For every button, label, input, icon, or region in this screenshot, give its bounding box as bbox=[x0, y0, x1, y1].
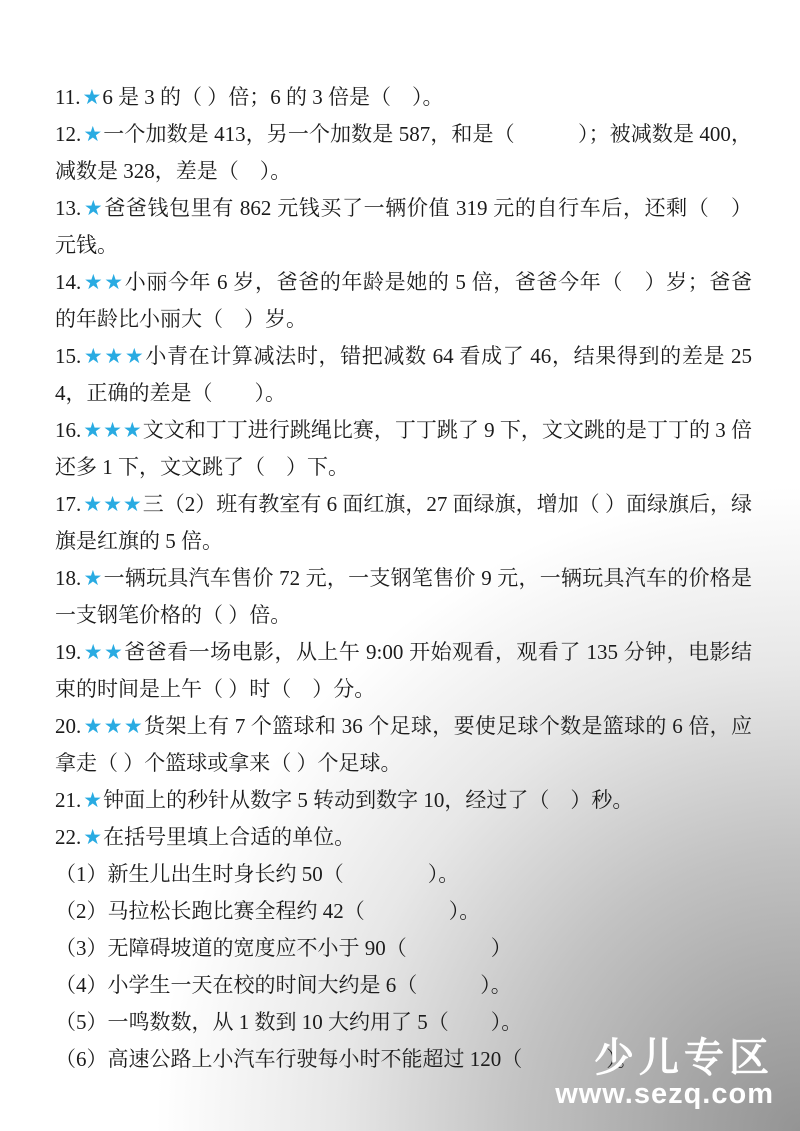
star-rating: ★ bbox=[83, 788, 103, 812]
question-12: 12.★一个加数是 413，另一个加数是 587，和是（ ）；被减数是 400，… bbox=[55, 116, 752, 190]
star-rating: ★★ bbox=[83, 270, 124, 294]
question-text: 文文和丁丁进行跳绳比赛，丁丁跳了 9 下，文文跳的是丁丁的 3 倍还多 1 下，… bbox=[55, 418, 752, 479]
question-22-part-1: （1）新生儿出生时身长约 50（ ）。 bbox=[55, 856, 752, 893]
worksheet-content: 11.★6 是 3 的（ ）倍；6 的 3 倍是（ ）。 12.★一个加数是 4… bbox=[55, 79, 752, 1078]
watermark-url: www.sezq.com bbox=[555, 1079, 774, 1111]
question-number: 14. bbox=[55, 270, 81, 294]
question-number: 18. bbox=[55, 566, 81, 590]
question-number: 22. bbox=[55, 825, 81, 849]
question-text: 钟面上的秒针从数字 5 转动到数字 10，经过了（ ）秒。 bbox=[103, 788, 633, 812]
star-rating: ★ bbox=[83, 196, 104, 220]
question-20: 20.★★★货架上有 7 个篮球和 36 个足球，要使足球个数是篮球的 6 倍，… bbox=[55, 708, 752, 782]
question-17: 17.★★★三（2）班有教室有 6 面红旗，27 面绿旗，增加（ ）面绿旗后，绿… bbox=[55, 486, 752, 560]
question-number: 11. bbox=[55, 85, 80, 109]
worksheet-page: 11.★6 是 3 的（ ）倍；6 的 3 倍是（ ）。 12.★一个加数是 4… bbox=[0, 0, 800, 1131]
star-rating: ★★★ bbox=[83, 492, 143, 516]
question-19: 19.★★爸爸看一场电影，从上午 9:00 开始观看，观看了 135 分钟，电影… bbox=[55, 634, 752, 708]
star-rating: ★★★ bbox=[83, 714, 144, 738]
question-text: 小丽今年 6 岁，爸爸的年龄是她的 5 倍，爸爸今年（ ）岁；爸爸的年龄比小丽大… bbox=[55, 270, 752, 331]
question-text: 三（2）班有教室有 6 面红旗，27 面绿旗，增加（ ）面绿旗后，绿旗是红旗的 … bbox=[55, 492, 752, 553]
star-rating: ★ bbox=[83, 825, 103, 849]
question-21: 21.★钟面上的秒针从数字 5 转动到数字 10，经过了（ ）秒。 bbox=[55, 782, 752, 819]
question-text: 爸爸钱包里有 862 元钱买了一辆价值 319 元的自行车后，还剩（ ）元钱。 bbox=[55, 196, 752, 257]
question-22-part-4: （4）小学生一天在校的时间大约是 6（ ）。 bbox=[55, 967, 752, 1004]
question-text: 在括号里填上合适的单位。 bbox=[103, 825, 355, 849]
star-rating: ★★★ bbox=[83, 418, 143, 442]
star-rating: ★ bbox=[83, 122, 103, 146]
question-11: 11.★6 是 3 的（ ）倍；6 的 3 倍是（ ）。 bbox=[55, 79, 752, 116]
question-18: 18.★一辆玩具汽车售价 72 元，一支钢笔售价 9 元，一辆玩具汽车的价格是一… bbox=[55, 560, 752, 634]
question-text: 爸爸看一场电影，从上午 9:00 开始观看，观看了 135 分钟，电影结束的时间… bbox=[55, 640, 752, 701]
question-14: 14.★★小丽今年 6 岁，爸爸的年龄是她的 5 倍，爸爸今年（ ）岁；爸爸的年… bbox=[55, 264, 752, 338]
question-number: 16. bbox=[55, 418, 81, 442]
question-number: 12. bbox=[55, 122, 81, 146]
star-rating: ★★★ bbox=[83, 344, 145, 368]
question-number: 15. bbox=[55, 344, 81, 368]
question-number: 21. bbox=[55, 788, 81, 812]
question-text: 6 是 3 的（ ）倍；6 的 3 倍是（ ）。 bbox=[102, 85, 443, 109]
question-13: 13.★爸爸钱包里有 862 元钱买了一辆价值 319 元的自行车后，还剩（ ）… bbox=[55, 190, 752, 264]
star-rating: ★★ bbox=[83, 640, 124, 664]
question-text: 小青在计算减法时，错把减数 64 看成了 46，结果得到的差是 254，正确的差… bbox=[55, 344, 752, 405]
question-text: 货架上有 7 个篮球和 36 个足球，要使足球个数是篮球的 6 倍，应拿走（ ）… bbox=[55, 714, 752, 775]
watermark: 少儿专区 www.sezq.com bbox=[555, 1037, 774, 1111]
question-22-part-2: （2）马拉松长跑比赛全程约 42（ ）。 bbox=[55, 893, 752, 930]
question-text: 一辆玩具汽车售价 72 元，一支钢笔售价 9 元，一辆玩具汽车的价格是一支钢笔价… bbox=[55, 566, 752, 627]
question-22-part-3: （3）无障碍坡道的宽度应不小于 90（ ） bbox=[55, 930, 752, 967]
question-text: 一个加数是 413，另一个加数是 587，和是（ ）；被减数是 400，减数是 … bbox=[55, 122, 752, 183]
star-rating: ★ bbox=[82, 85, 102, 109]
question-16: 16.★★★文文和丁丁进行跳绳比赛，丁丁跳了 9 下，文文跳的是丁丁的 3 倍还… bbox=[55, 412, 752, 486]
question-15: 15.★★★小青在计算减法时，错把减数 64 看成了 46，结果得到的差是 25… bbox=[55, 338, 752, 412]
question-number: 19. bbox=[55, 640, 81, 664]
question-number: 13. bbox=[55, 196, 81, 220]
watermark-brand: 少儿专区 bbox=[555, 1037, 774, 1079]
question-number: 20. bbox=[55, 714, 81, 738]
star-rating: ★ bbox=[83, 566, 103, 590]
question-22: 22.★在括号里填上合适的单位。 bbox=[55, 819, 752, 856]
question-number: 17. bbox=[55, 492, 81, 516]
